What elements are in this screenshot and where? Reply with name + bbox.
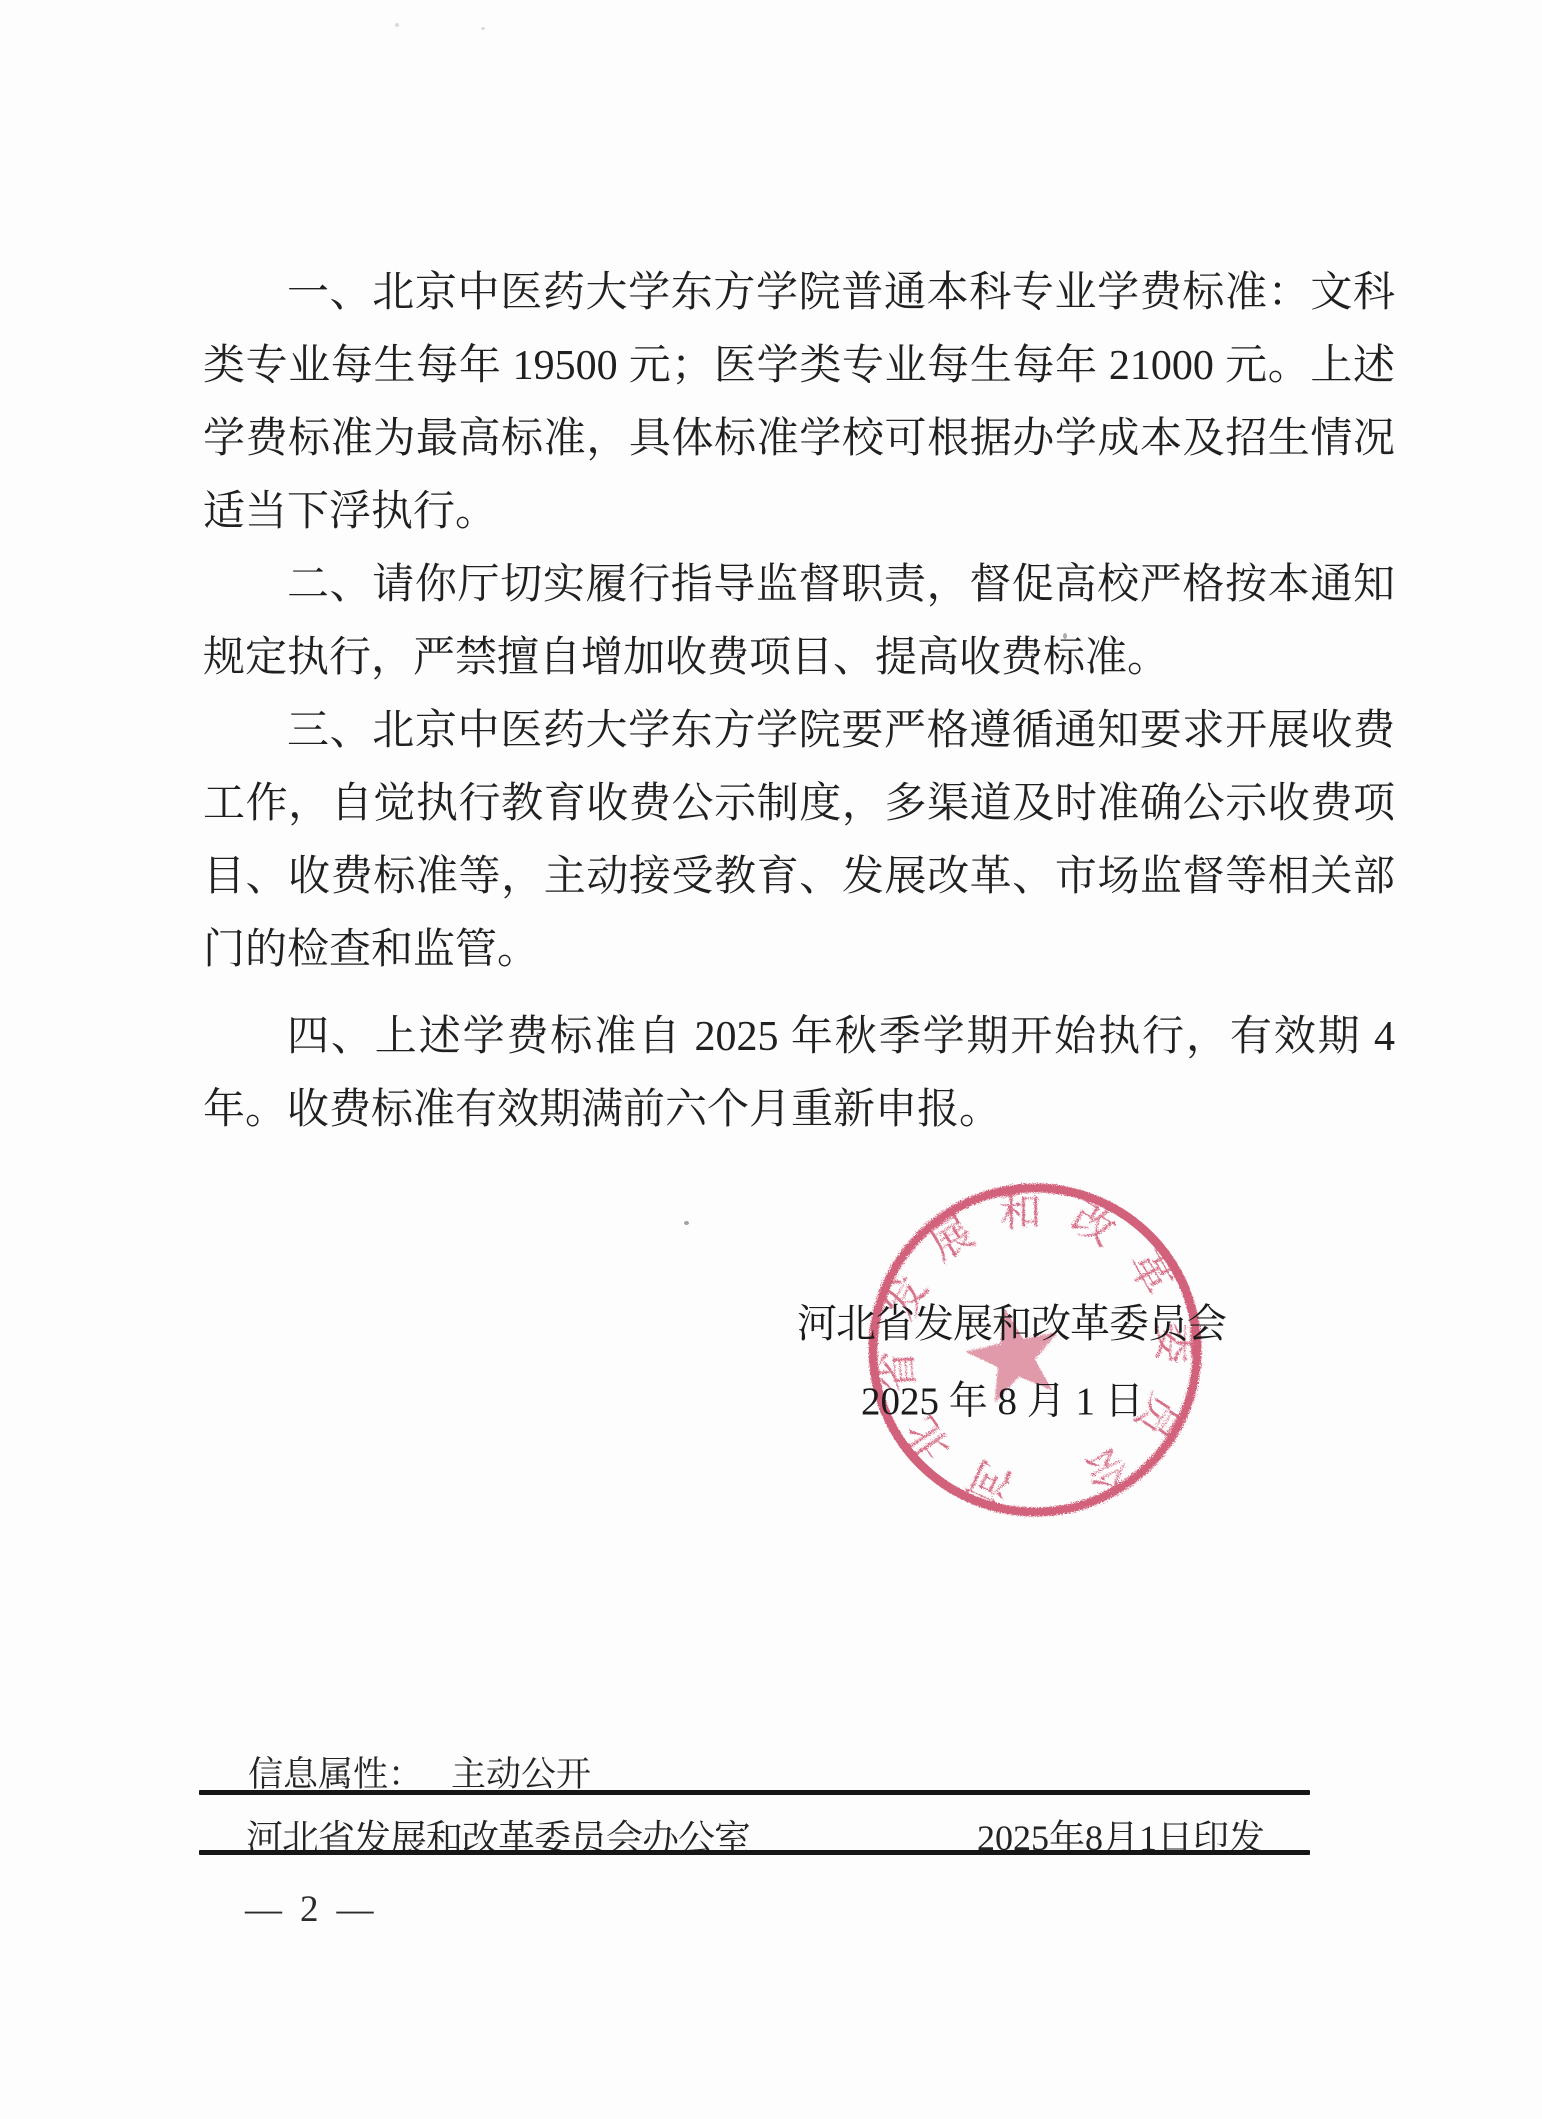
scan-speck bbox=[684, 1221, 689, 1225]
page-number: — 2 — bbox=[245, 1888, 374, 1931]
document-page: 一、北京中医药大学东方学院普通本科专业学费标准：文科类专业每生每年 19500 … bbox=[0, 0, 1542, 2119]
body-paragraph-3: 三、北京中医药大学东方学院要严格遵循通知要求开展收费工作，自觉执行教育收费公示制… bbox=[203, 695, 1395, 987]
footer-rule-bottom bbox=[199, 1850, 1310, 1855]
document-body: 一、北京中医药大学东方学院普通本科专业学费标准：文科类专业每生每年 19500 … bbox=[203, 257, 1395, 1147]
signature-date: 2025 年 8 月 1 日 bbox=[861, 1370, 1144, 1426]
footer-rule-top bbox=[199, 1790, 1310, 1795]
official-seal: 河北省发展和改革委员会 bbox=[865, 1180, 1205, 1520]
page-number-dash-right: — bbox=[337, 1888, 374, 1931]
scan-speck bbox=[1063, 633, 1067, 639]
signature-org: 河北省发展和改革委员会 bbox=[797, 1292, 1226, 1349]
footer-info-value: 主动公开 bbox=[451, 1755, 591, 1794]
footer-info-label: 信息属性： bbox=[248, 1755, 423, 1794]
body-paragraph-1: 一、北京中医药大学东方学院普通本科专业学费标准：文科类专业每生每年 19500 … bbox=[203, 257, 1395, 549]
page-number-dash-left: — bbox=[245, 1888, 282, 1931]
scan-speck bbox=[481, 27, 485, 30]
body-paragraph-2: 二、请你厅切实履行指导监督职责，督促高校严格按本通知规定执行，严禁擅自增加收费项… bbox=[203, 549, 1395, 695]
scan-speck bbox=[395, 23, 399, 27]
body-paragraph-4: 四、上述学费标准自 2025 年秋季学期开始执行，有效期 4 年。收费标准有效期… bbox=[203, 1001, 1395, 1147]
page-number-value: 2 bbox=[300, 1888, 319, 1931]
